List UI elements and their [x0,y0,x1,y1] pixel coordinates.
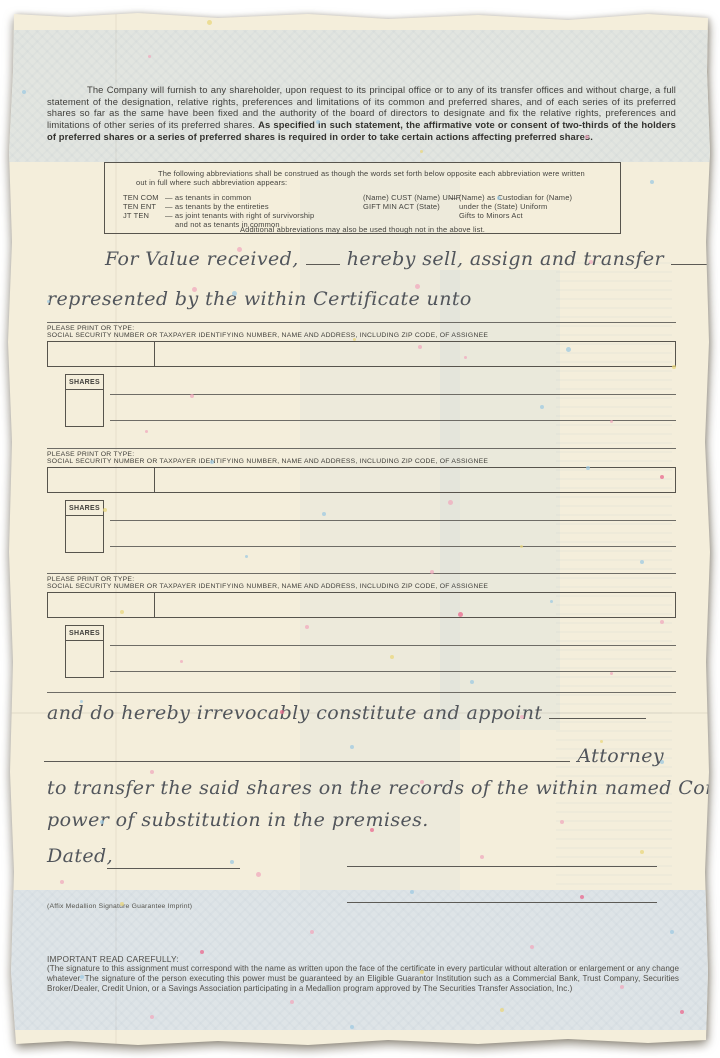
ssn-assignee-label: SOCIAL SECURITY NUMBER OR TAXPAYER IDENT… [47,332,488,339]
sell-assign-transfer-text: hereby sell, assign and transfer [347,248,664,270]
confetti-dot [145,430,148,433]
ssn-name-address-box [47,341,676,367]
shares-entry-cell [66,516,103,552]
shares-box-label: SHARES [66,626,103,641]
transfer-records-line: to transfer the said shares on the recor… [47,777,720,799]
blocks-bottom-rule [47,692,676,693]
certificate-back-sheet: The Company will furnish to any sharehol… [8,12,710,1046]
constitute-appoint-text: and do hereby irrevocably constitute and… [47,702,542,724]
write-line [110,520,676,521]
substitution-line: power of substitution in the premises. [47,809,429,831]
share-count-blank [671,251,720,265]
for-value-received-text: For Value received, [105,248,299,270]
furnish-statement: The Company will furnish to any sharehol… [47,84,676,143]
important-notice-title: IMPORTANT READ CAREFULLY: [47,954,179,964]
confetti-dot [600,740,603,743]
print-or-type-label: PLEASE PRINT OR TYPE: [47,451,134,458]
abbrev-jt-ten-desc: — as joint tenants with right of survivo… [165,211,314,220]
write-line [110,394,676,395]
confetti-dot [640,560,644,564]
attorney-continuation-blank [44,748,570,762]
abbrev-gift-desc: under the (State) Uniform [459,202,547,211]
represented-by-line: represented by the within Certificate un… [47,288,472,310]
attorney-line: Attorney [44,745,664,767]
write-line [110,546,676,547]
paper-surface: The Company will furnish to any sharehol… [8,12,710,1046]
shares-box: SHARES [65,500,104,553]
shares-box-label: SHARES [66,501,103,516]
print-or-type-label: PLEASE PRINT OR TYPE: [47,325,134,332]
shares-box-label: SHARES [66,375,103,390]
ssn-box-divider [154,342,155,366]
date-blank [107,868,240,869]
ssn-name-address-box [47,592,676,618]
abbrev-intro-line2: out in full where such abbreviation appe… [136,178,287,187]
ssn-box-divider [154,468,155,492]
block-top-rule [47,322,676,323]
ssn-name-address-box [47,467,676,493]
confetti-dot [150,770,154,774]
confetti-dot [521,12,525,16]
showthrough-panel [440,270,560,730]
attorney-name-blank [549,705,646,719]
print-or-type-label: PLEASE PRINT OR TYPE: [47,576,134,583]
confetti-dot [470,680,474,684]
confetti-dot [305,625,309,629]
confetti-dot [448,500,453,505]
confetti-dot [480,855,484,859]
confetti-dot [704,8,709,13]
abbrev-gift: GIFT MIN ACT (State) [363,202,440,211]
shares-entry-cell [66,390,103,426]
shares-box: SHARES [65,625,104,678]
attorney-word: Attorney [577,745,664,767]
write-line [110,671,676,672]
confetti-dot [640,850,644,854]
confetti-dot [610,672,613,675]
confetti-dot [660,620,664,624]
medallion-imprint-note: (Affix Medallion Signature Guarantee Imp… [47,903,192,910]
constitute-appoint-line: and do hereby irrevocably constitute and… [47,702,653,724]
abbreviations-box: The following abbreviations shall be con… [104,162,621,234]
seller-name-blank [306,251,340,265]
abbrev-cust: (Name) CUST (Name) UNIF [363,193,460,202]
abbrev-intro-line1: The following abbreviations shall be con… [158,169,585,178]
confetti-dot [390,655,394,659]
write-line [110,645,676,646]
ssn-assignee-label: SOCIAL SECURITY NUMBER OR TAXPAYER IDENT… [47,583,488,590]
write-line [110,420,676,421]
abbrev-jt-ten: JT TEN [123,211,149,220]
confetti-dot [560,820,564,824]
confetti-dot [256,872,261,877]
abbrev-ten-ent-desc: — as tenants by the entireties [165,202,269,211]
abbrev-gift-desc2: Gifts to Minors Act [459,211,523,220]
important-notice-body: (The signature to this assignment must c… [47,964,679,994]
confetti-dot [60,880,64,884]
abbrev-ten-ent: TEN ENT [123,202,156,211]
signature-line-2 [347,902,657,903]
confetti-dot [540,405,544,409]
confetti-dot [650,180,654,184]
abbrev-ten-com-desc: — as tenants in common [165,193,251,202]
shares-box: SHARES [65,374,104,427]
dated-label: Dated, [47,845,113,867]
block-top-rule [47,573,676,574]
confetti-dot [180,660,183,663]
confetti-dot [230,860,234,864]
confetti-dot [245,555,248,558]
ssn-box-divider [154,593,155,617]
abbrev-ten-com: TEN COM [123,193,159,202]
signature-line-1 [347,866,657,867]
assignment-opening-line: For Value received, hereby sell, assign … [47,248,720,270]
confetti-dot [207,20,212,25]
ssn-assignee-label: SOCIAL SECURITY NUMBER OR TAXPAYER IDENT… [47,458,488,465]
abbrev-cust-desc: — (Name) as Custodian for (Name) [449,193,572,202]
confetti-dot [322,512,326,516]
abbrev-footer: Additional abbreviations may also be use… [105,225,620,234]
block-top-rule [47,448,676,449]
shares-entry-cell [66,641,103,677]
